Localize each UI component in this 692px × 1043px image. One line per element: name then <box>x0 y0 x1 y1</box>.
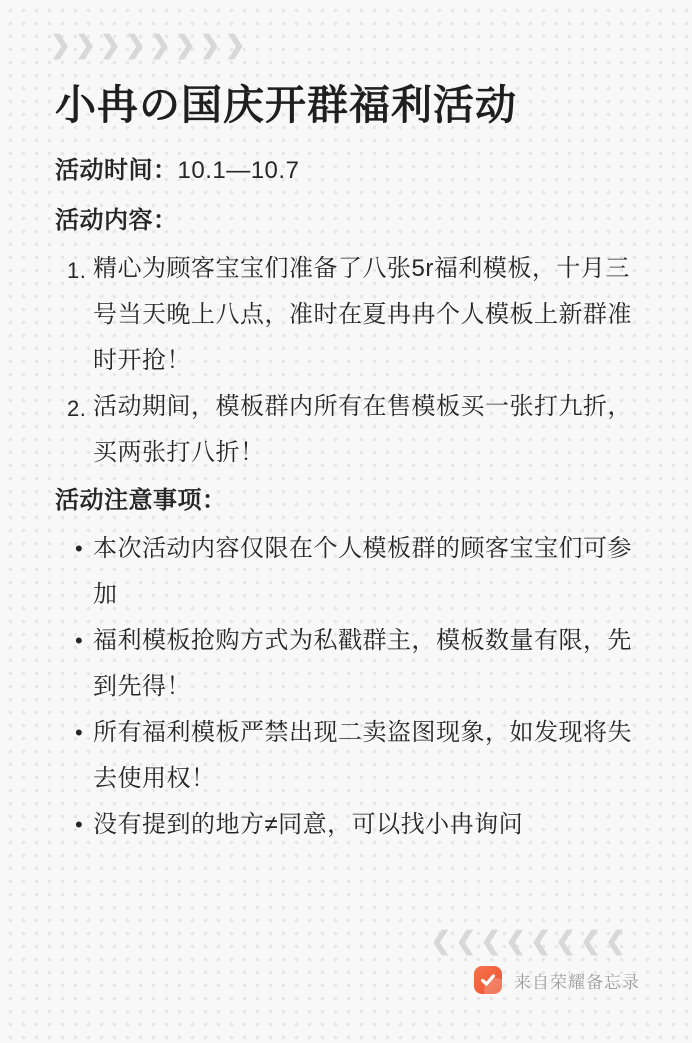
bullet-icon: • <box>75 802 93 848</box>
note-body: 小冉の国庆开群福利活动 活动时间：10.1—10.7 活动内容： 1. 精心为顾… <box>0 0 692 848</box>
watermark-label: 来自荣耀备忘录 <box>514 968 640 993</box>
list-item-number: 1. <box>67 246 93 384</box>
bullet-icon: • <box>75 618 93 710</box>
list-item: 1. 精心为顾客宝宝们准备了八张5r福利模板，十月三号当天晚上八点，准时在夏冉冉… <box>55 246 644 384</box>
list-item-text: 所有福利模板严禁出现二卖盗图现象，如发现将失去使用权！ <box>93 710 644 802</box>
activity-content-label: 活动内容： <box>55 207 178 234</box>
bullet-icon: • <box>75 710 93 802</box>
list-item: • 所有福利模板严禁出现二卖盗图现象，如发现将失去使用权！ <box>55 710 644 802</box>
note-canvas: ❯❯❯❯❯❯❯❯ 小冉の国庆开群福利活动 活动时间：10.1—10.7 活动内容… <box>0 0 692 1043</box>
bullet-list: • 本次活动内容仅限在个人模板群的顾客宝宝们可参加 • 福利模板抢购方式为私戳群… <box>55 526 644 848</box>
numbered-list: 1. 精心为顾客宝宝们准备了八张5r福利模板，十月三号当天晚上八点，准时在夏冉冉… <box>55 246 644 476</box>
bullet-icon: • <box>75 526 93 618</box>
list-item: • 本次活动内容仅限在个人模板群的顾客宝宝们可参加 <box>55 526 644 618</box>
notes-header-label: 活动注意事项： <box>55 487 227 514</box>
activity-time-line: 活动时间：10.1—10.7 <box>55 146 644 196</box>
list-item: • 福利模板抢购方式为私戳群主，模板数量有限，先到先得！ <box>55 618 644 710</box>
notes-section-header: 活动注意事项： <box>55 476 644 526</box>
list-item-number: 2. <box>67 384 93 476</box>
list-item-text: 本次活动内容仅限在个人模板群的顾客宝宝们可参加 <box>93 526 644 618</box>
activity-time-value: 10.1—10.7 <box>178 157 300 184</box>
list-item-text: 福利模板抢购方式为私戳群主，模板数量有限，先到先得！ <box>93 618 644 710</box>
list-item: 2. 活动期间，模板群内所有在售模板买一张打九折，买两张打八折！ <box>55 384 644 476</box>
watermark: 来自荣耀备忘录 <box>474 966 640 994</box>
honor-notes-check-icon <box>474 966 502 994</box>
list-item-text: 活动期间，模板群内所有在售模板买一张打九折，买两张打八折！ <box>93 384 644 476</box>
chevrons-left-icon: ❮❮❮❮❮❮❮❮ <box>430 926 630 956</box>
activity-time-label: 活动时间： <box>55 157 178 184</box>
note-title: 小冉の国庆开群福利活动 <box>55 76 644 134</box>
list-item-text: 精心为顾客宝宝们准备了八张5r福利模板，十月三号当天晚上八点，准时在夏冉冉个人模… <box>93 246 644 384</box>
list-item: • 没有提到的地方≠同意，可以找小冉询问 <box>55 802 644 848</box>
activity-content-header: 活动内容： <box>55 196 644 246</box>
list-item-text: 没有提到的地方≠同意，可以找小冉询问 <box>93 802 644 848</box>
